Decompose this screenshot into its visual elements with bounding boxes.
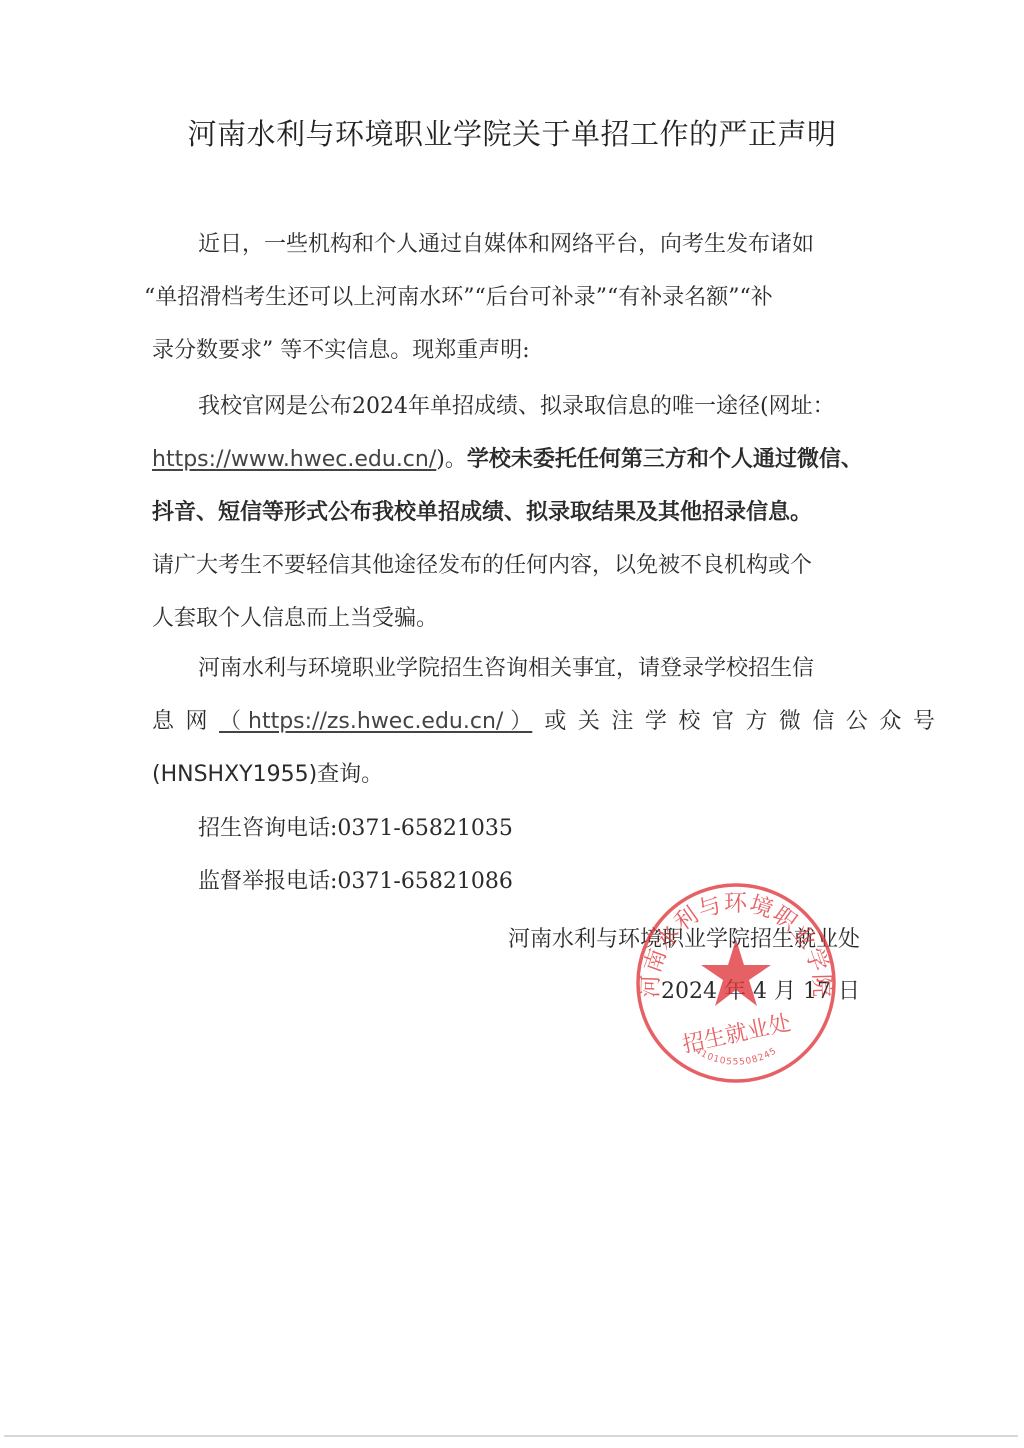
issuer-name: 河南水利与环境职业学院招生就业处 <box>508 922 860 953</box>
official-site-link[interactable]: https://www.hwec.edu.cn/ <box>152 447 436 472</box>
paragraph-notice: 近日，一些机构和个人通过自媒体和网络平台，向考生发布诸如 “单招滑档考生还可以上… <box>152 218 860 377</box>
paragraph-line: 人套取个人信息而上当受骗。 <box>152 592 860 645</box>
contact-block: 招生咨询电话:0371-65821035 监督举报电话:0371-6582108… <box>152 802 860 908</box>
svg-text:招生就业处: 招生就业处 <box>680 1011 793 1058</box>
admissions-phone: 招生咨询电话:0371-65821035 <box>152 802 860 855</box>
bold-statement: 抖音、短信等形式公布我校单招成绩、拟录取结果及其他招录信息。 <box>152 486 860 539</box>
text-fragment: 或关注学校官方微信公众号 <box>544 709 946 734</box>
text-fragment: )。 <box>436 447 467 472</box>
paragraph-line: (HNSHXY1955)查询。 <box>152 748 860 801</box>
paragraph-line: https://www.hwec.edu.cn/)。学校未委托任何第三方和个人通… <box>152 433 860 486</box>
paragraph-inquiry: 河南水利与环境职业学院招生咨询相关事宜，请登录学校招生信 息网（ https:/… <box>152 642 860 801</box>
paragraph-line: 河南水利与环境职业学院招生咨询相关事宜，请登录学校招生信 <box>152 642 860 695</box>
svg-text:4101055508245: 4101055508245 <box>693 1046 779 1068</box>
paragraph-line: 息网（ https://zs.hwec.edu.cn/ ）或关注学校官方微信公众… <box>152 695 860 748</box>
admissions-site-link[interactable]: （ https://zs.hwec.edu.cn/ ） <box>219 709 532 734</box>
paragraph-line: 我校官网是公布2024年单招成绩、拟录取信息的唯一途径(网址： <box>152 380 860 433</box>
paragraph-official-channel: 我校官网是公布2024年单招成绩、拟录取信息的唯一途径(网址： https://… <box>152 380 860 645</box>
text-fragment: 息网 <box>152 709 219 734</box>
paragraph-line: 请广大考生不要轻信其他途径发布的任何内容，以免被不良机构或个 <box>152 539 860 592</box>
bold-statement: 学校未委托任何第三方和个人通过微信、 <box>467 446 863 472</box>
paragraph-line: 近日，一些机构和个人通过自媒体和网络平台，向考生发布诸如 <box>152 218 860 271</box>
supervision-phone: 监督举报电话:0371-65821086 <box>152 855 860 908</box>
page-bottom-divider <box>4 1435 1018 1437</box>
document-title: 河南水利与环境职业学院关于单招工作的严正声明 <box>0 112 1024 153</box>
paragraph-line: “单招滑档考生还可以上河南水环”“后台可补录”“有补录名额”“补 <box>144 271 860 324</box>
paragraph-line: 录分数要求” 等不实信息。现郑重声明: <box>152 324 860 377</box>
issue-date: 2024 年 4 月 17 日 <box>661 974 860 1005</box>
